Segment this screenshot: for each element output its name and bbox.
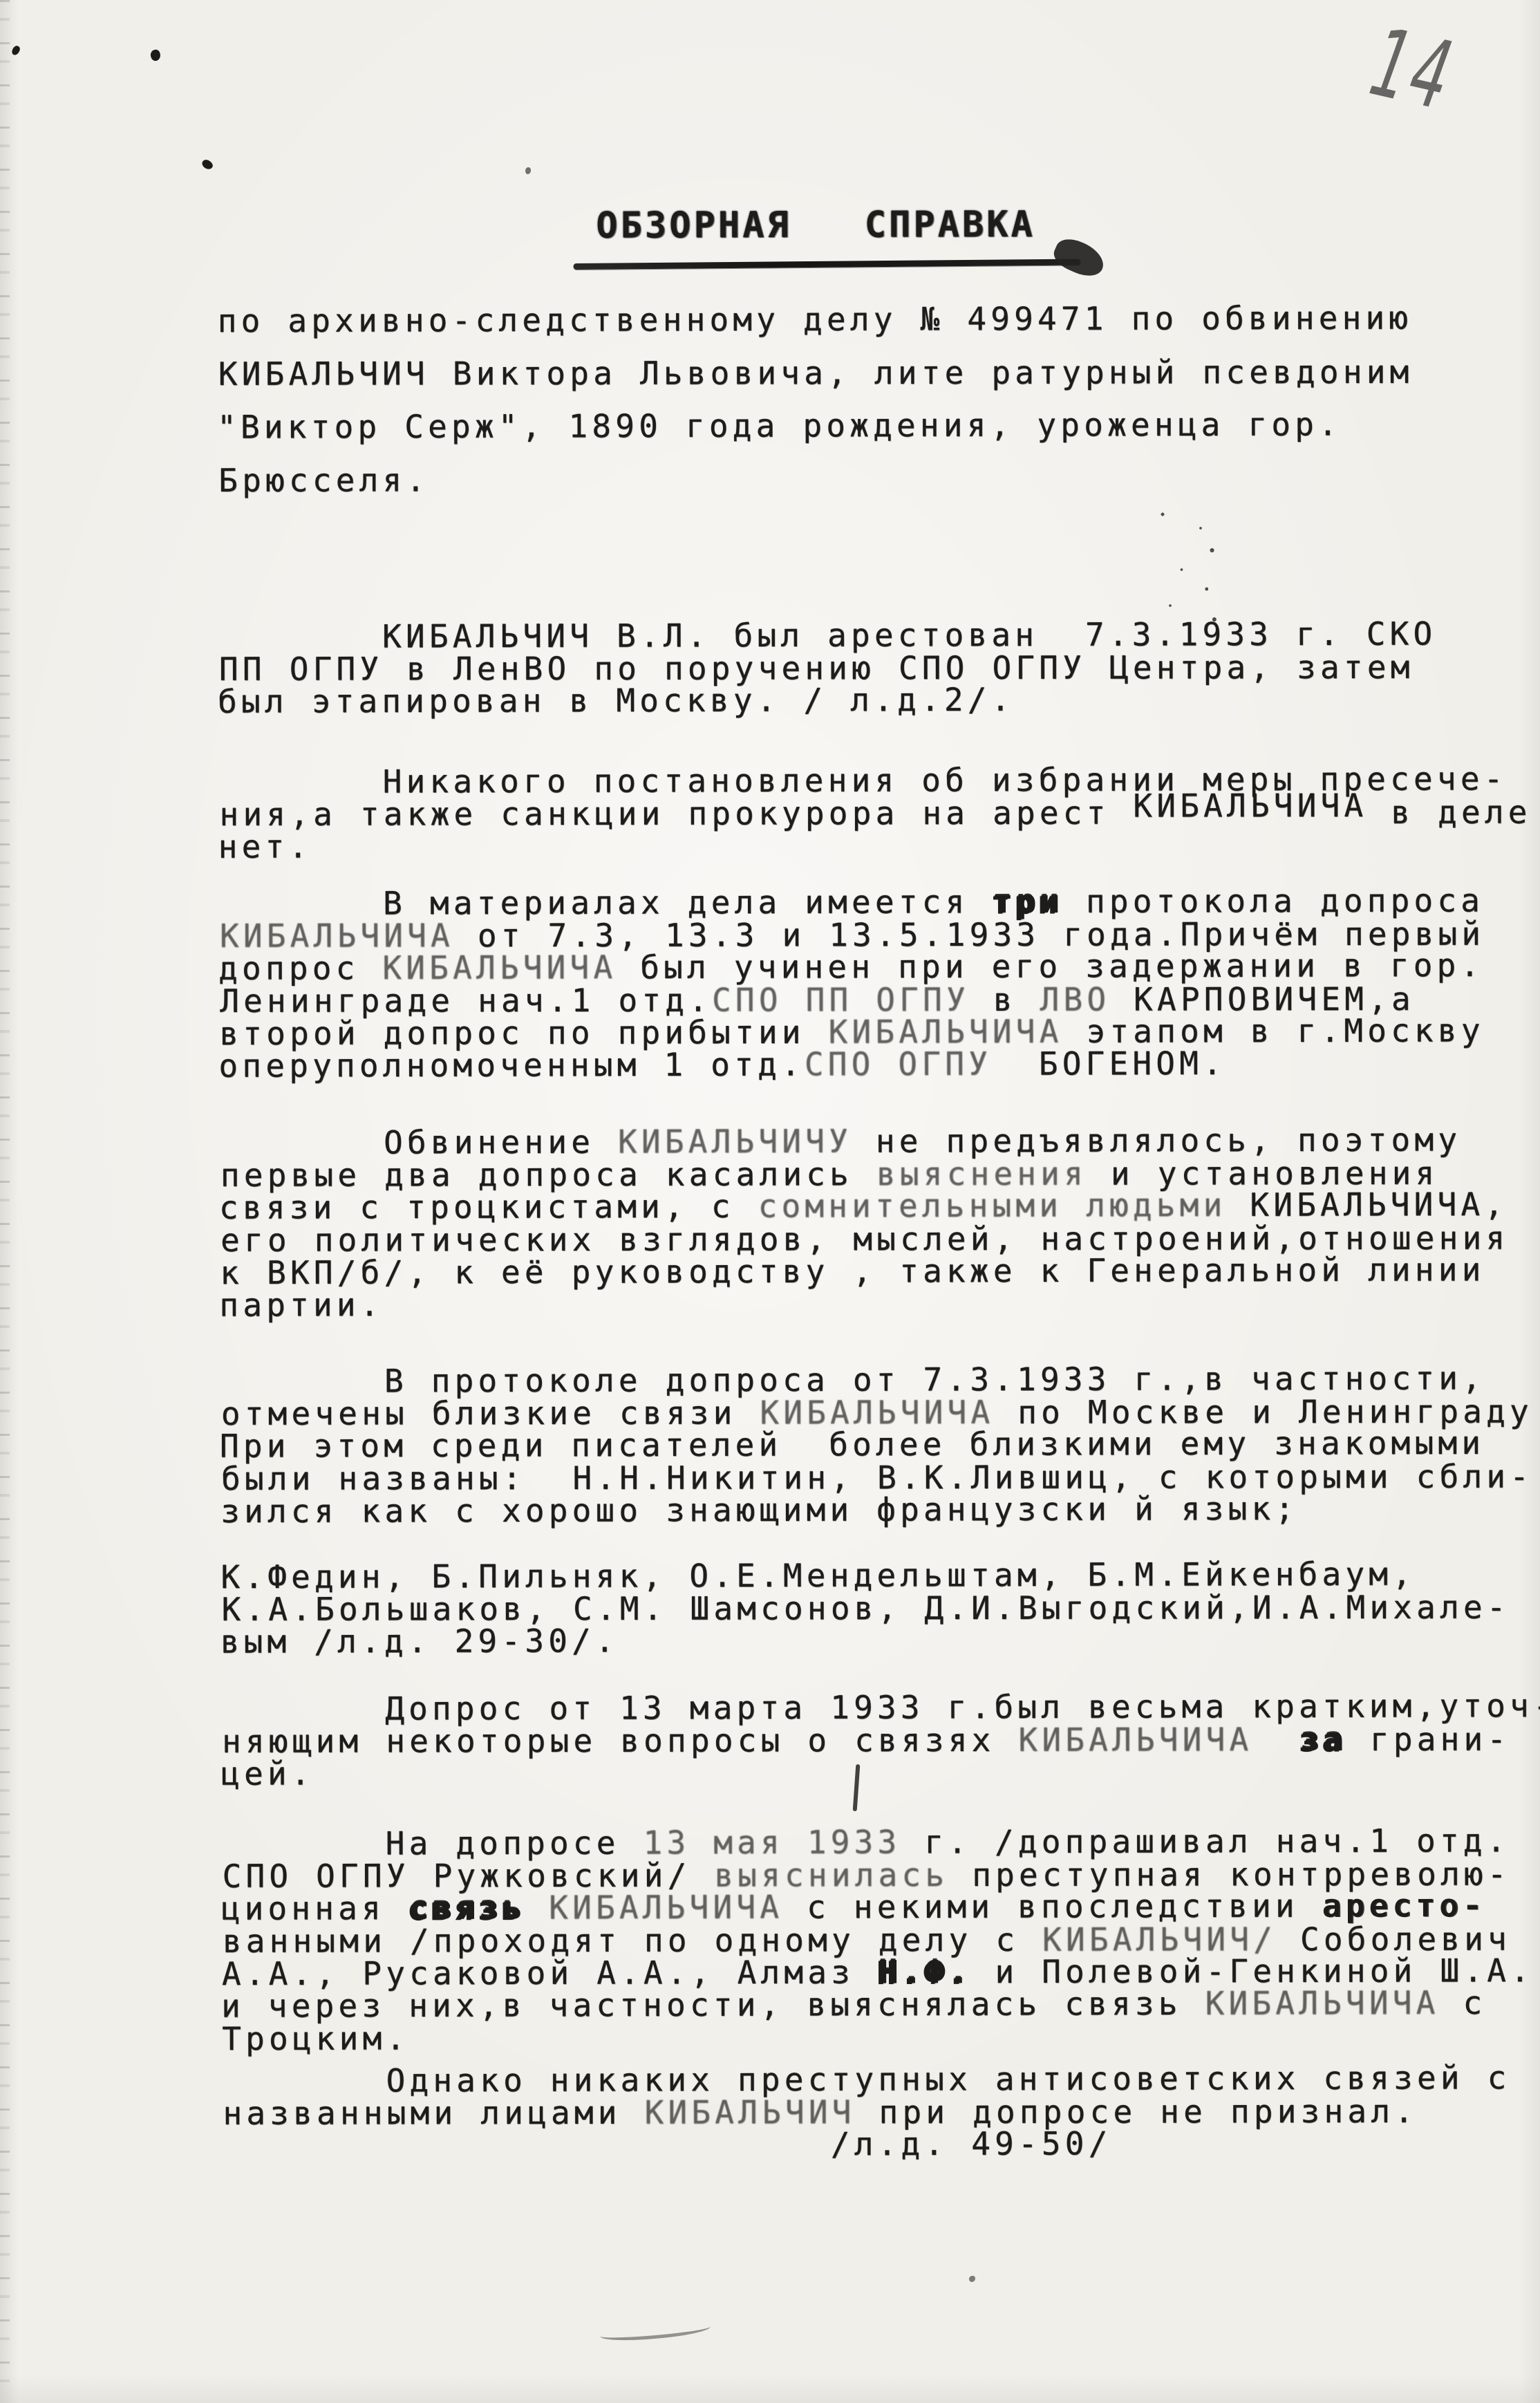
- text-segment: был этапирован в Москву. / л.д.2/.: [218, 681, 1015, 720]
- paragraph-writers-list: К.Федин, Б.Пильняк, О.Е.Мендельштам, Б.М…: [220, 1558, 1540, 1658]
- document-title: ОБЗОРНАЯ СПРАВКА: [596, 204, 1035, 247]
- text-segment: [525, 1889, 549, 1926]
- scan-speckle-cluster: [1147, 498, 1223, 636]
- text-line: /л.д. 49-50/: [222, 2126, 1540, 2162]
- text-segment: КИБАЛЬЧИЧУ: [618, 1123, 852, 1161]
- text-segment: КИБАЛЬЧИЧА: [382, 948, 617, 987]
- text-line: по архивно-следственному делу № 499471 п…: [218, 291, 1539, 348]
- text-segment: Троцким.: [222, 2019, 409, 2057]
- text-segment: ния,а также санкции прокурора на арест: [219, 794, 1133, 833]
- ink-blot: [1050, 234, 1109, 282]
- text-segment: КИБАЛЬЧИЧА: [1133, 789, 1367, 823]
- scanned-document-page: 14 ОБЗОРНАЯ СПРАВКА по архивно-следствен…: [0, 0, 1540, 2403]
- text-line: ванными /проходят по одному делу с КИБАЛ…: [223, 1923, 1540, 1958]
- text-line: При этом среди писателей более близкими …: [220, 1427, 1540, 1463]
- paragraph-intro: по архивно-следственному делу № 499471 п…: [218, 291, 1540, 507]
- text-segment: Брюсселя.: [218, 461, 429, 499]
- text-line: цей.: [220, 1755, 1540, 1790]
- text-segment: вым /л.д. 29-30/.: [220, 1622, 619, 1661]
- text-segment: СПО ОГПУ: [805, 1045, 992, 1083]
- handwritten-page-number: 14: [1362, 8, 1463, 133]
- text-segment: с: [1439, 1984, 1486, 2021]
- document-body: 14 ОБЗОРНАЯ СПРАВКА по архивно-следствен…: [0, 0, 1540, 2403]
- text-segment: его политических взглядов, мыслей, настр…: [220, 1219, 1509, 1259]
- text-segment: оперуполномоченным 1 отд.: [218, 1045, 804, 1084]
- text-segment: [1252, 1721, 1299, 1758]
- text-segment: КИБАЛЬЧИЧ/: [1042, 1920, 1277, 1958]
- text-segment: КИБАЛЬЧИЧА: [549, 1889, 783, 1927]
- text-segment: /л.д. 49-50/: [222, 2124, 1112, 2164]
- text-segment: аресто-: [1322, 1887, 1486, 1925]
- text-segment: нет.: [218, 828, 312, 865]
- text-segment: допрос: [218, 949, 382, 987]
- text-line: к ВКП/б/, к её руководству , также к Ген…: [220, 1253, 1540, 1289]
- text-segment: цей.: [220, 1755, 314, 1792]
- text-line: няющим некоторые вопросы о связях КИБАЛЬ…: [222, 1723, 1540, 1758]
- title-underline: [573, 259, 1080, 270]
- text-segment: были названы: Н.Н.Никитин, В.К.Лившиц, с…: [221, 1458, 1533, 1497]
- text-line: оперуполномоченным 1 отд.СПО ОГПУ БОГЕНО…: [218, 1047, 1540, 1083]
- text-segment: и через них,в частности, выяснялась связ…: [221, 1985, 1205, 2025]
- text-line: нет.: [218, 828, 1540, 863]
- text-line: допрос КИБАЛЬЧИЧА был учинен при его зад…: [218, 949, 1540, 985]
- text-segment: партии.: [219, 1286, 383, 1324]
- text-segment: с некими впоследствии: [783, 1887, 1322, 1926]
- text-segment: сомнительными людьми: [758, 1186, 1227, 1225]
- paragraph-accusation: Обвинение КИБАЛЬЧИЧУ не предъявлялось, п…: [220, 1123, 1540, 1322]
- text-line: ния,а также санкции прокурора на арест К…: [219, 796, 1540, 831]
- paragraph-protocol-7-3: В протоколе допроса от 7.3.1933 г.,в час…: [220, 1362, 1540, 1528]
- text-segment: КИБАЛЬЧИЧА: [1205, 1984, 1440, 2022]
- text-segment: протокола допроса: [1062, 881, 1484, 920]
- text-segment: БОГЕНОМ.: [992, 1045, 1226, 1083]
- text-line: К.А.Большаков, С.М. Шамсонов, Д.И.Выгодс…: [222, 1591, 1540, 1626]
- text-segment: три: [992, 883, 1062, 920]
- text-line: Троцким.: [222, 2019, 1540, 2055]
- paragraph-denial: Однако никаких преступных антисоветских …: [222, 2061, 1540, 2162]
- text-segment: КИБАЛЬЧИЧ Виктора Львовича, лите ратурны…: [218, 353, 1414, 393]
- text-line: были названы: Н.Н.Никитин, В.К.Лившиц, с…: [221, 1461, 1540, 1495]
- paragraph-interrogation-13-march: Допрос от 13 марта 1933 г.был весьма кра…: [221, 1690, 1540, 1790]
- paragraph-arrest: КИБАЛЬЧИЧ В.Л. был арестован 7.3.1933 г.…: [218, 617, 1540, 718]
- text-line: его политических взглядов, мыслей, настр…: [220, 1222, 1540, 1257]
- text-line: и через них,в частности, выяснялась связ…: [221, 1987, 1540, 2023]
- text-line: Ленинграде нач.1 отд.СПО ПП ОГПУ в ЛВО К…: [220, 983, 1540, 1018]
- text-line: ционная связь КИБАЛЬЧИЧА с некими впосле…: [221, 1889, 1540, 1925]
- text-segment: Соболевич: [1277, 1920, 1511, 1958]
- text-segment: связь: [409, 1889, 526, 1927]
- text-segment: Ленинграде нач.1 отд.: [220, 982, 712, 1020]
- paragraph-interrogation-13-may: На допросе 13 мая 1933 г. /допрашивал на…: [221, 1824, 1540, 2055]
- text-line: зился как с хорошо знающими французски й…: [220, 1492, 1540, 1528]
- text-segment: грани-: [1346, 1721, 1510, 1758]
- text-segment: КАРПОВИЧЕМ,а: [1110, 980, 1415, 1018]
- paragraph-no-sanction: Никакого постановления об избрании меры …: [218, 763, 1540, 863]
- text-line: Брюсселя.: [218, 452, 1540, 507]
- text-line: КИБАЛЬЧИЧ Виктора Львовича, лите ратурны…: [218, 346, 1540, 401]
- text-line: "Виктор Серж", 1890 года рождения, уроже…: [217, 398, 1539, 454]
- text-segment: няющим некоторые вопросы о связях: [222, 1721, 1019, 1760]
- text-segment: КИБАЛЬЧИЧА,: [1226, 1186, 1508, 1224]
- text-segment: ванными /проходят по одному делу с: [223, 1921, 1042, 1960]
- text-segment: в деле: [1367, 794, 1531, 831]
- text-segment: КИБАЛЬЧИЧА: [1018, 1721, 1252, 1759]
- text-line: был этапирован в Москву. / л.д.2/.: [218, 682, 1539, 718]
- text-line: связи с троцкистами, с сомнительными люд…: [219, 1188, 1540, 1224]
- text-segment: по архивно-следственному делу № 499471 п…: [218, 299, 1413, 340]
- text-line: партии.: [219, 1286, 1540, 1322]
- text-segment: за: [1299, 1721, 1346, 1758]
- paragraph-protocols: В материалах дела имеется три протокола …: [219, 884, 1540, 1083]
- text-line: вым /л.д. 29-30/.: [220, 1623, 1540, 1658]
- text-segment: "Виктор Серж", 1890 года рождения, уроже…: [217, 405, 1342, 445]
